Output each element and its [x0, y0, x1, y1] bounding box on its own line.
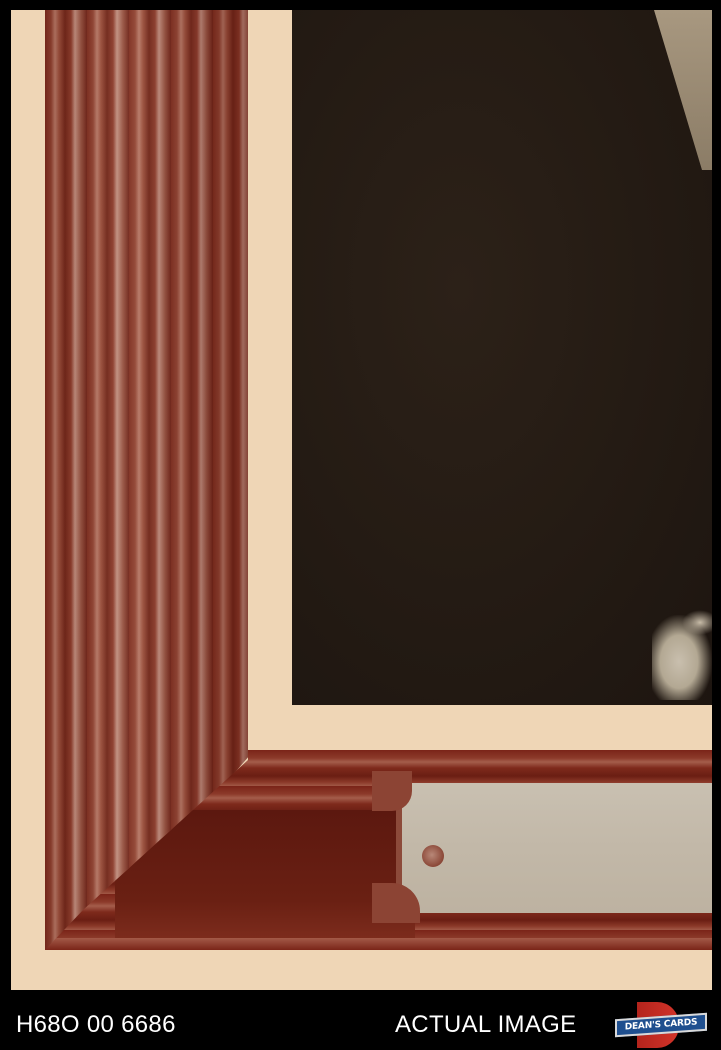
- inner-mat-horizontal: [248, 705, 712, 750]
- photo-highlight: [654, 10, 712, 170]
- actual-image-label: ACTUAL IMAGE: [395, 1011, 576, 1039]
- logo-banner: DEAN'S CARDS: [615, 1013, 707, 1037]
- rivet-icon: [422, 845, 444, 867]
- inner-mat-vertical: [248, 10, 292, 750]
- cert-number: H68O 00 6686: [16, 1011, 176, 1039]
- card-photo: [292, 10, 712, 705]
- wood-frame-rim: [45, 938, 712, 950]
- nameplate: [396, 783, 712, 913]
- photo-light-spot-small: [682, 610, 712, 635]
- plate-bracket-bottom: [372, 883, 420, 923]
- deans-cards-logo: DEAN'S CARDS: [615, 1002, 707, 1048]
- trading-card: [11, 10, 712, 990]
- plate-bracket-top: [372, 771, 412, 811]
